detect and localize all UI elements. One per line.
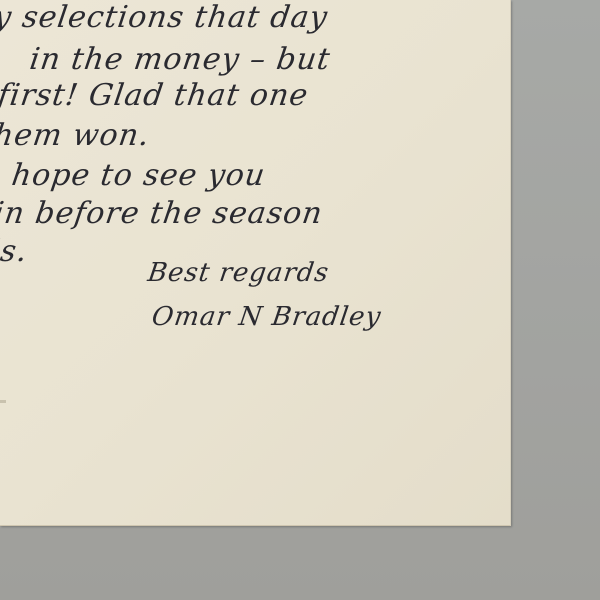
letter-closing: Best regards bbox=[146, 258, 331, 288]
letter-line-7: ls. bbox=[0, 234, 30, 269]
letter-line-6: in before the season bbox=[0, 196, 325, 231]
letter-line-5: hope to see you bbox=[10, 158, 268, 193]
letter-line-2: in the money – but bbox=[28, 42, 333, 77]
letter-line-4: hem won. bbox=[0, 118, 152, 153]
letter-signature: Omar N Bradley bbox=[150, 302, 383, 332]
paper-mark bbox=[0, 400, 6, 403]
letter-line-1: y selections that day bbox=[0, 0, 330, 35]
letter-line-3: first! Glad that one bbox=[0, 78, 311, 113]
letter-paper: y selections that day in the money – but… bbox=[0, 0, 511, 526]
